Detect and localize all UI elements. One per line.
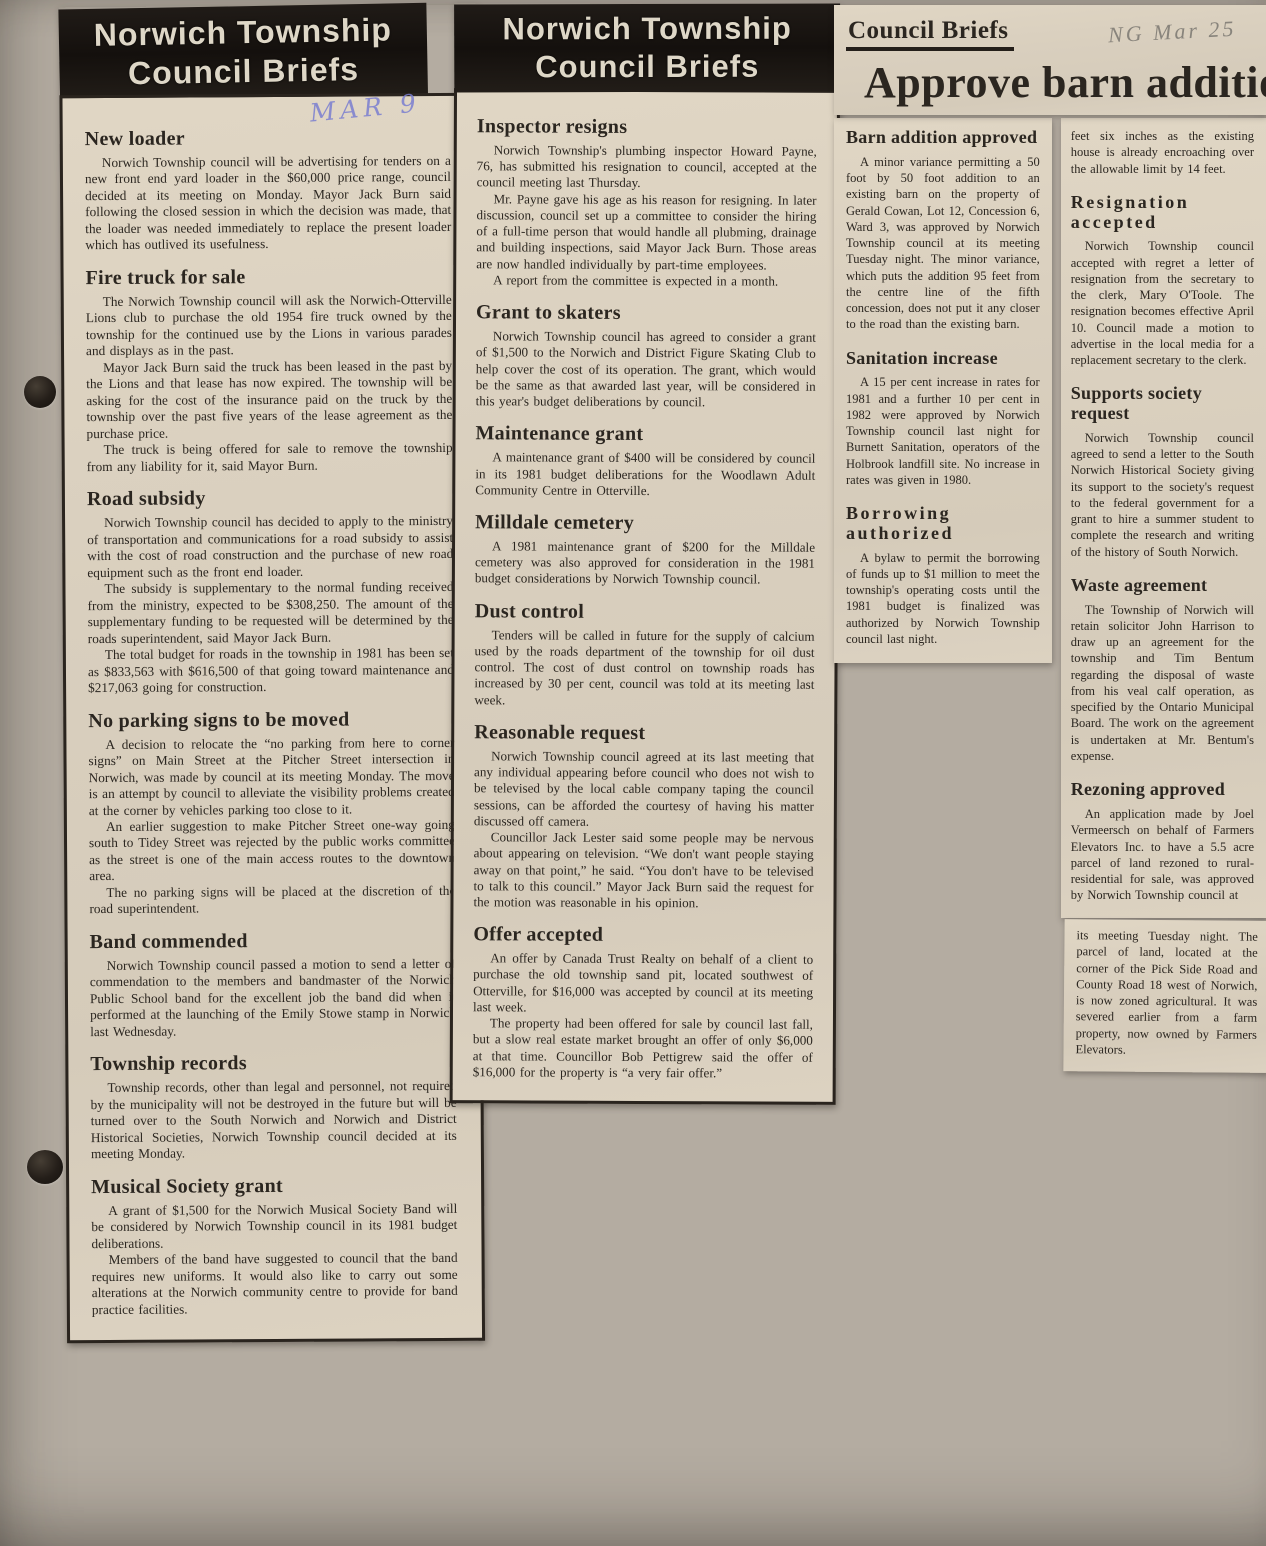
section-paragraph: A report from the committee is expected …: [476, 272, 816, 290]
clipping-right-columns: Barn addition approved A minor variance …: [834, 118, 1266, 1072]
section-heading: Borrowing authorized: [846, 504, 1040, 544]
news-section-band-commended: Band commended Norwich Township council …: [90, 929, 457, 1041]
section-heading: Barn addition approved: [846, 128, 1040, 148]
section-paragraph: Norwich Township council agreed to send …: [1071, 430, 1254, 560]
news-section-waste-agreement: Waste agreement The Township of Norwich …: [1071, 576, 1254, 764]
section-paragraph: Norwich Township council agreed at its l…: [474, 748, 814, 831]
clipping-banner: Norwich Township Council Briefs: [454, 3, 840, 92]
section-heading: Waste agreement: [1071, 576, 1254, 596]
section-paragraph: An application made by Joel Vermeersch o…: [1071, 806, 1254, 904]
clipping-middle-body: Inspector resigns Norwich Township's plu…: [450, 88, 840, 1105]
section-heading: No parking signs to be moved: [88, 707, 454, 732]
kicker: Council Briefs: [846, 17, 1014, 51]
section-heading: Dust control: [475, 600, 815, 624]
section-paragraph: The Norwich Township council will ask th…: [86, 292, 452, 360]
section-paragraph: The property had been offered for sale b…: [473, 1015, 813, 1081]
news-section-grant-to-skaters: Grant to skaters Norwich Township counci…: [476, 301, 816, 411]
section-paragraph: Norwich Township council has agreed to c…: [476, 328, 816, 411]
section-paragraph: Norwich Township council has decided to …: [87, 513, 453, 581]
clipping-banner: Norwich Township Council Briefs: [58, 3, 428, 102]
section-heading: Rezoning approved: [1071, 780, 1254, 800]
section-paragraph: The truck is being offered for sale to r…: [87, 440, 453, 475]
news-section-borrowing-authorized: Borrowing authorized A bylaw to permit t…: [846, 504, 1040, 647]
section-heading: Fire truck for sale: [86, 265, 452, 290]
clipping-right-header: Council Briefs NG Mar 25 Approve barn ad…: [834, 5, 1266, 115]
section-paragraph: Norwich Township council accepted with r…: [1071, 238, 1254, 368]
clipping-right-column-1: Barn addition approved A minor variance …: [834, 118, 1052, 663]
news-section-resignation-accepted: Resignation accepted Norwich Township co…: [1071, 193, 1254, 369]
hole-punch-bottom: [27, 1150, 63, 1184]
banner-line1: Norwich Township: [93, 10, 392, 54]
section-heading: Resignation accepted: [1071, 193, 1254, 233]
section-paragraph: Norwich Township council will be adverti…: [85, 153, 452, 254]
clipping-right-column-2: feet six inches as the existing house is…: [1061, 118, 1266, 1072]
section-paragraph: Township records, other than legal and p…: [90, 1078, 456, 1163]
newspaper-clipping-left: Norwich Township Council Briefs MAR 9 Ne…: [59, 5, 485, 1344]
section-heading: Township records: [90, 1051, 456, 1076]
section-heading: Offer accepted: [473, 923, 813, 947]
news-section-road-subsidy: Road subsidy Norwich Township council ha…: [87, 486, 454, 697]
section-heading: Grant to skaters: [476, 301, 816, 325]
section-paragraph: The total budget for roads in the townsh…: [88, 645, 454, 697]
section-paragraph: A 15 per cent increase in rates for 1981…: [846, 374, 1040, 488]
section-paragraph: An earlier suggestion to make Pitcher St…: [89, 817, 455, 885]
section-paragraph: Mr. Payne gave his age as his reason for…: [476, 191, 816, 274]
news-section-sanitation-increase: Sanitation increase A 15 per cent increa…: [846, 349, 1040, 489]
news-section-no-parking: No parking signs to be moved A decision …: [88, 707, 455, 918]
section-paragraph: Members of the band have suggested to co…: [92, 1250, 458, 1318]
section-paragraph: Councillor Jack Lester said some people …: [473, 829, 813, 912]
section-paragraph: A grant of $1,500 for the Norwich Musica…: [91, 1201, 457, 1253]
section-heading: Musical Society grant: [91, 1174, 457, 1199]
section-paragraph: The Township of Norwich will retain soli…: [1071, 602, 1254, 765]
section-paragraph: A bylaw to permit the borrowing of funds…: [846, 550, 1040, 648]
headline: Approve barn addition: [864, 61, 1256, 105]
news-section-supports-society: Supports society request Norwich Townshi…: [1071, 384, 1254, 560]
section-heading: Supports society request: [1071, 384, 1254, 424]
news-section-inspector-resigns: Inspector resigns Norwich Township's plu…: [476, 115, 817, 290]
section-paragraph: A 1981 maintenance grant of $200 for the…: [475, 538, 815, 588]
banner-line1: Norwich Township: [502, 10, 791, 49]
banner-line2: Council Briefs: [535, 48, 759, 86]
news-section-barn-addition: Barn addition approved A minor variance …: [846, 128, 1040, 333]
news-section-dust-control: Dust control Tenders will be called in f…: [474, 600, 814, 710]
news-section-maintenance-grant: Maintenance grant A maintenance grant of…: [475, 423, 815, 500]
news-section-new-loader: New loader Norwich Township council will…: [85, 126, 452, 254]
handwritten-date-pencil: NG Mar 25: [1107, 16, 1237, 49]
section-paragraph: A maintenance grant of $400 will be cons…: [475, 450, 815, 500]
section-heading: Road subsidy: [87, 486, 453, 511]
section-paragraph: Norwich Township council passed a motion…: [90, 956, 456, 1041]
section-paragraph: A decision to relocate the “no parking f…: [88, 734, 454, 819]
section-paragraph: The no parking signs will be placed at t…: [89, 883, 455, 918]
section-paragraph: The subsidy is supplementary to the norm…: [87, 579, 453, 647]
news-section-rezoning-approved: Rezoning approved An application made by…: [1071, 780, 1254, 903]
section-heading: Reasonable request: [474, 721, 814, 745]
hole-punch-top: [24, 376, 56, 408]
news-section-offer-accepted: Offer accepted An offer by Canada Trust …: [473, 923, 814, 1081]
news-section-reasonable-request: Reasonable request Norwich Township coun…: [473, 721, 814, 912]
news-section-milldale-cemetery: Milldale cemetery A 1981 maintenance gra…: [475, 511, 815, 588]
newspaper-clipping-right: Council Briefs NG Mar 25 Approve barn ad…: [834, 5, 1266, 1072]
scrapbook-page: Norwich Township Council Briefs MAR 9 Ne…: [0, 0, 1266, 1546]
clipping-right-column-2-piece-2: its meeting Tuesday night. The parcel of…: [1063, 919, 1266, 1073]
continuation-paragraph: feet six inches as the existing house is…: [1071, 128, 1254, 177]
section-paragraph: Norwich Township's plumbing inspector Ho…: [477, 142, 817, 192]
continuation-paragraph: its meeting Tuesday night. The parcel of…: [1075, 927, 1257, 1059]
section-heading: Maintenance grant: [475, 423, 815, 447]
section-paragraph: Mayor Jack Burn said the truck has been …: [86, 358, 452, 443]
section-paragraph: An offer by Canada Trust Realty on behal…: [473, 950, 813, 1016]
clipping-right-column-2-piece-1: feet six inches as the existing house is…: [1061, 118, 1266, 918]
newspaper-clipping-middle: Norwich Township Council Briefs Inspecto…: [450, 3, 841, 1105]
news-section-fire-truck: Fire truck for sale The Norwich Township…: [86, 265, 453, 476]
section-heading: Milldale cemetery: [475, 511, 815, 535]
news-section-township-records: Township records Township records, other…: [90, 1051, 457, 1163]
banner-line2: Council Briefs: [128, 50, 360, 93]
clipping-left-body: New loader Norwich Township council will…: [59, 93, 485, 1344]
section-heading: Band commended: [90, 929, 456, 954]
section-heading: Sanitation increase: [846, 349, 1040, 369]
section-paragraph: A minor variance permitting a 50 foot by…: [846, 154, 1040, 333]
section-heading: Inspector resigns: [477, 115, 817, 139]
section-paragraph: Tenders will be called in future for the…: [474, 627, 814, 710]
section-heading: New loader: [85, 126, 451, 151]
news-section-musical-society: Musical Society grant A grant of $1,500 …: [91, 1174, 458, 1319]
